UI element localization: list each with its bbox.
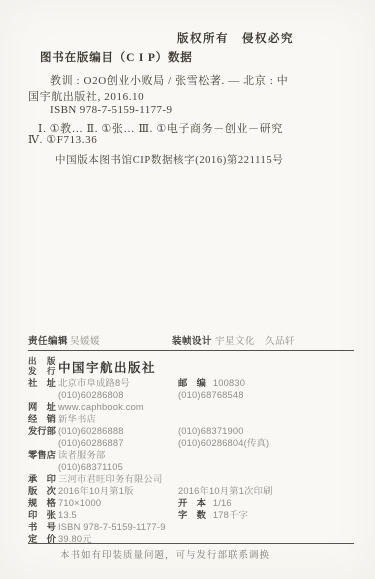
row-right-label: 邮 编 <box>178 378 206 388</box>
row-value: ISBN 978-7-5159-1177-9 <box>58 521 166 533</box>
cip-record-number: 中国版本图书馆CIP数据核字(2016)第221115号 <box>55 152 283 167</box>
isbn-line: ISBN 978-7-5159-1177-9 <box>50 104 172 116</box>
classification-line2: Ⅳ. ①F713.36 <box>28 133 97 146</box>
colophon-row: 承 印 三河市君旺印务有限公司 <box>28 473 354 485</box>
colophon-row: 规 格 710×1000 开 本1/16 <box>28 497 354 509</box>
row-label: 发行部 <box>28 425 56 437</box>
row-label: 零售店 <box>28 449 56 461</box>
colophon-row: 发行部 (010)60286888 (010)68371900 <box>28 425 354 437</box>
row-value: (010)68371105 <box>58 461 123 473</box>
row-label: 网 址 <box>28 401 56 413</box>
row-right-value: 2016年10月第1次印刷 <box>178 486 273 496</box>
row-right-value: (010)60286804(传真) <box>178 438 269 448</box>
credits-row: 责任编辑 吴媛媛 装帧设计 宇星文化 久品轩 <box>28 335 354 348</box>
divider-top <box>28 350 354 351</box>
row-value: (010)60286887 <box>58 437 124 449</box>
row-label: 经 销 <box>28 413 56 425</box>
footer-note: 本书如有印装质量问题，可与发行部联系调换 <box>60 547 270 561</box>
publisher-row: 出 版 发 行 中国宇航出版社 <box>28 356 354 377</box>
publisher-name: 中国宇航出版社 <box>58 358 156 376</box>
row-value: 三河市君旺印务有限公司 <box>58 473 162 485</box>
row-label: 书 号 <box>28 521 56 533</box>
row-label: 社 址 <box>28 377 56 389</box>
editor-label: 责任编辑 <box>28 335 68 348</box>
colophon-row: (010)60286808 (010)68768548 <box>28 389 354 401</box>
colophon-row: 经 销 新华书店 <box>28 413 354 425</box>
colophon-row: 印 张 13.5 字 数178千字 <box>28 509 354 521</box>
publish-label-line1: 出 版 <box>28 356 57 366</box>
row-right-value: 100830 <box>213 378 245 388</box>
row-label: 规 格 <box>28 497 56 509</box>
publish-label-line2: 发 行 <box>28 366 57 376</box>
design-names: 宇星文化 久品轩 <box>215 335 295 348</box>
row-value: 读者服务部 <box>58 449 106 461</box>
page-content: 版权所有 侵权必究 图书在版编目（C I P）数据 教训 : O2O创业小败局 … <box>28 0 354 579</box>
colophon-row: 版 次 2016年10月第1版 2016年10月第1次印刷 <box>28 485 354 497</box>
row-right-value: 1/16 <box>213 498 232 508</box>
colophon-row: 社 址 北京市阜成路8号 邮 编100830 <box>28 377 354 389</box>
row-value: 2016年10月第1版 <box>58 485 134 497</box>
colophon-row: 网 址 www.caphbook.com <box>28 401 354 413</box>
row-value: 710×1000 <box>58 497 101 509</box>
row-value: (010)60286808 <box>58 389 124 401</box>
colophon-row: (010)68371105 <box>28 461 354 473</box>
cip-heading: 图书在版编目（C I P）数据 <box>40 49 193 65</box>
cip-entry-line2: 国宇航出版社, 2016.10 <box>28 88 144 104</box>
copyright-page: 版权所有 侵权必究 图书在版编目（C I P）数据 教训 : O2O创业小败局 … <box>0 0 375 579</box>
design-label: 装帧设计 <box>172 335 212 348</box>
colophon-row: 零售店 读者服务部 <box>28 449 354 461</box>
row-right-value: (010)68768548 <box>178 390 244 400</box>
row-label: 承 印 <box>28 473 56 485</box>
row-label: 版 次 <box>28 485 56 497</box>
row-right-value: 178千字 <box>213 510 248 520</box>
row-right-label: 字 数 <box>178 510 206 520</box>
row-value: 北京市阜成路8号 <box>58 377 130 389</box>
colophon-row: 书 号 ISBN 978-7-5159-1177-9 <box>28 521 354 533</box>
row-value: (010)60286888 <box>58 425 124 437</box>
row-right-label: 开 本 <box>178 498 206 508</box>
cip-entry-line1: 教训 : O2O创业小败局 / 张雪松著. — 北京 : 中 <box>50 72 288 88</box>
row-value: 13.5 <box>58 509 77 521</box>
colophon-table: 社 址 北京市阜成路8号 邮 编100830 (010)60286808 (01… <box>28 377 354 545</box>
row-value: www.caphbook.com <box>58 401 144 413</box>
row-value: 新华书店 <box>58 413 96 425</box>
colophon-row: (010)60286887 (010)60286804(传真) <box>28 437 354 449</box>
copyright-notice: 版权所有 侵权必究 <box>177 30 294 46</box>
row-label: 印 张 <box>28 509 56 521</box>
row-right-value: (010)68371900 <box>178 426 244 436</box>
publish-distribute-label: 出 版 发 行 <box>28 356 57 376</box>
divider-bottom <box>28 543 354 544</box>
editor-name: 吴媛媛 <box>70 335 100 348</box>
